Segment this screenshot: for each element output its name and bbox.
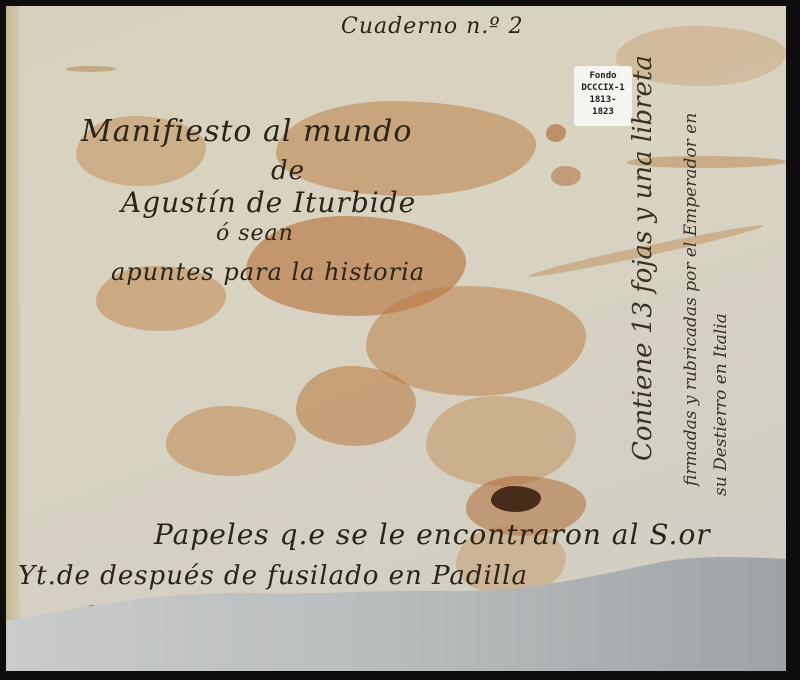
title-line-3: Agustín de Iturbide <box>121 186 416 219</box>
footer-line-1: Papeles q.e se le encontraron al S.or <box>154 518 711 551</box>
margin-note-line-1: Contiene 13 fojas y una libreta <box>628 55 658 461</box>
stain <box>296 366 416 446</box>
title-line-4: ó sean <box>216 221 294 246</box>
notebook-heading: Cuaderno n.º 2 <box>341 14 524 39</box>
title-line-2: de <box>271 156 305 186</box>
margin-note-line-2: firmadas y rubricadas por el Emperador e… <box>681 113 701 486</box>
title-line-5: apuntes para la historia <box>111 258 425 286</box>
stain <box>166 406 296 476</box>
stain-streak <box>66 66 116 72</box>
stain <box>426 396 576 486</box>
archive-label-year-end: 1823 <box>574 106 632 118</box>
torn-paper-backing <box>6 551 786 671</box>
archive-label-code: DCCCIX-1 <box>574 82 632 94</box>
manuscript-page: Cuaderno n.º 2 Manifiesto al mundo de Ag… <box>6 6 786 671</box>
stain <box>551 166 581 186</box>
archive-label-fondo: Fondo <box>574 70 632 82</box>
title-line-1: Manifiesto al mundo <box>81 114 412 149</box>
archive-label: Fondo DCCCIX-1 1813- 1823 <box>574 66 632 126</box>
stain <box>546 124 566 142</box>
margin-note-line-3: su Destierro en Italia <box>711 313 731 496</box>
archive-label-year-start: 1813- <box>574 94 632 106</box>
